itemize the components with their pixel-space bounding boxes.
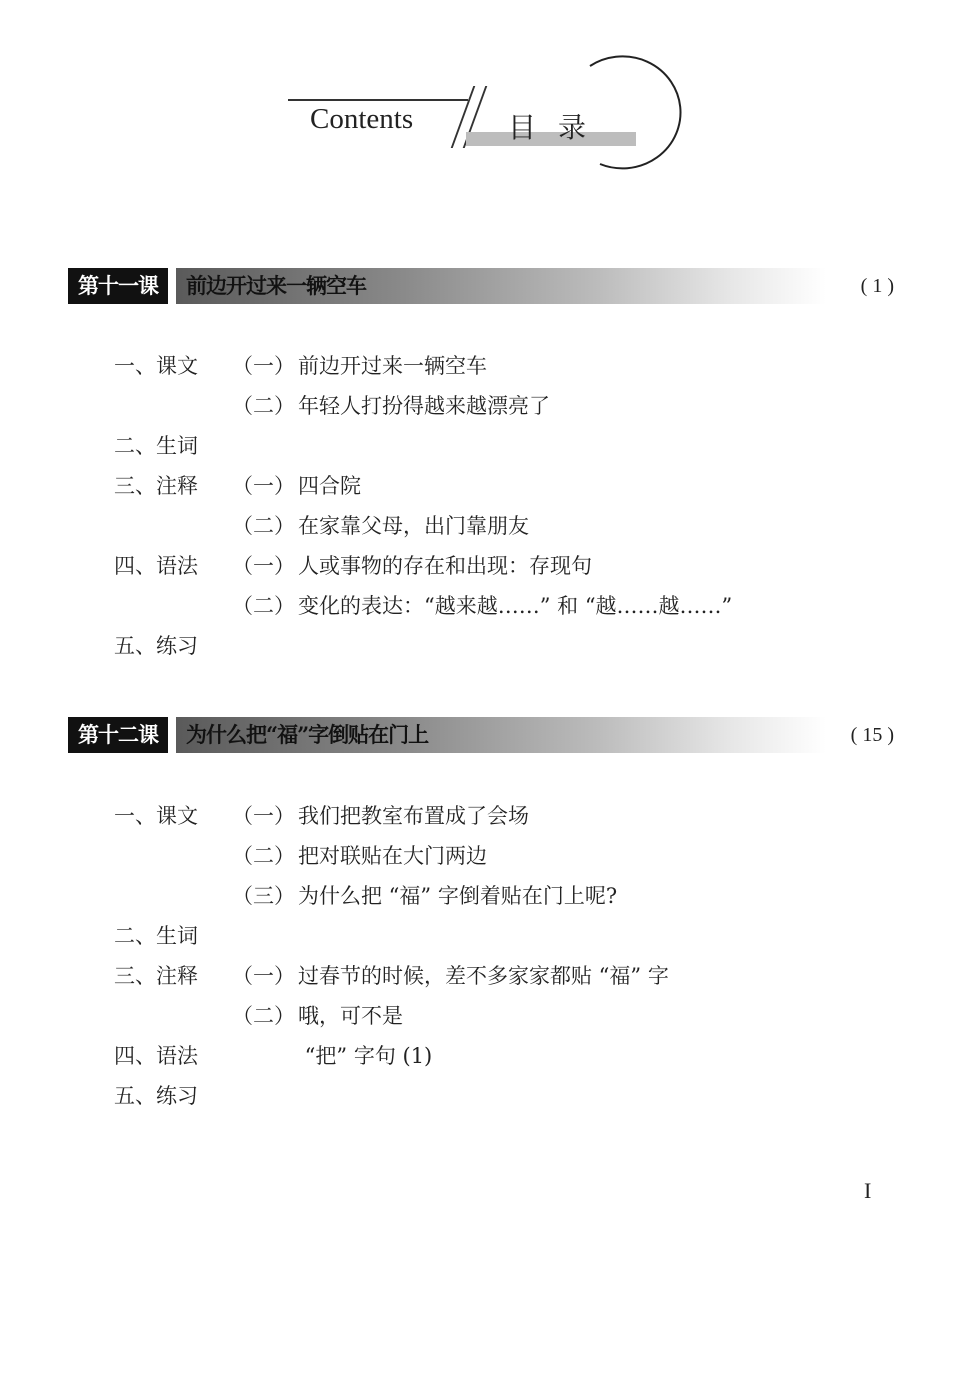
- section-label: 一、课文: [114, 346, 198, 386]
- entry-text: 四合院: [298, 474, 361, 498]
- lesson-number: 第十二课: [68, 717, 168, 753]
- entry-text: 人或事物的存在和出现：存现句: [298, 554, 592, 578]
- sub-index: （一）: [232, 956, 298, 996]
- lesson-title: 前边开过来一辆空车: [186, 268, 366, 304]
- sub-index: （一）: [232, 346, 298, 386]
- entry-text: “把” 字句 (1): [298, 1044, 432, 1068]
- sub-index: （二）: [232, 836, 298, 876]
- section-label: 五、练习: [114, 1076, 198, 1116]
- lesson-page-number: ( 1 ): [861, 268, 894, 304]
- section-label: 一、课文: [114, 796, 198, 836]
- entry-text: 前边开过来一辆空车: [298, 354, 487, 378]
- page-number: I: [864, 1178, 871, 1204]
- sub-index: （二）: [232, 506, 298, 546]
- lesson-12-heading[interactable]: 第十二课 为什么把“福”字倒贴在门上 ( 15 ): [68, 715, 908, 755]
- lesson-title: 为什么把“福”字倒贴在门上: [186, 717, 428, 753]
- sub-index: （一）: [232, 796, 298, 836]
- section-label: 五、练习: [114, 626, 198, 666]
- lesson-page-number: ( 15 ): [851, 717, 894, 753]
- sub-index: （二）: [232, 386, 298, 426]
- section-label: 二、生词: [114, 916, 198, 956]
- section-label: 四、语法: [114, 1036, 198, 1076]
- lesson-11-heading[interactable]: 第十一课 前边开过来一辆空车 ( 1 ): [68, 266, 908, 306]
- header-rule: [288, 99, 468, 101]
- sub-index: （三）: [232, 876, 298, 916]
- sub-index: （一）: [232, 546, 298, 586]
- section-label: 三、注释: [114, 466, 198, 506]
- sub-index: （二）: [232, 996, 298, 1036]
- entry-text: 过春节的时候，差不多家家都贴 “福” 字: [298, 964, 669, 988]
- entry-text: 我们把教室布置成了会场: [298, 804, 529, 828]
- sub-index: （二）: [232, 586, 298, 626]
- entry-text: 哦，可不是: [298, 1004, 403, 1028]
- entry-text: 年轻人打扮得越来越漂亮了: [298, 394, 550, 418]
- sub-index: （一）: [232, 466, 298, 506]
- entry-text: 变化的表达：“越来越……” 和 “越……越……”: [298, 594, 732, 618]
- section-label: 四、语法: [114, 546, 198, 586]
- header-arc-decoration: [560, 52, 690, 172]
- entry-text: 在家靠父母，出门靠朋友: [298, 514, 529, 538]
- entry-text: 把对联贴在大门两边: [298, 844, 487, 868]
- contents-header: Contents 目录: [0, 0, 960, 200]
- entry-text: 为什么把 “福” 字倒着贴在门上呢?: [298, 884, 617, 908]
- section-label: 二、生词: [114, 426, 198, 466]
- lesson-number: 第十一课: [68, 268, 168, 304]
- section-label: 三、注释: [114, 956, 198, 996]
- english-title: Contents: [310, 103, 413, 136]
